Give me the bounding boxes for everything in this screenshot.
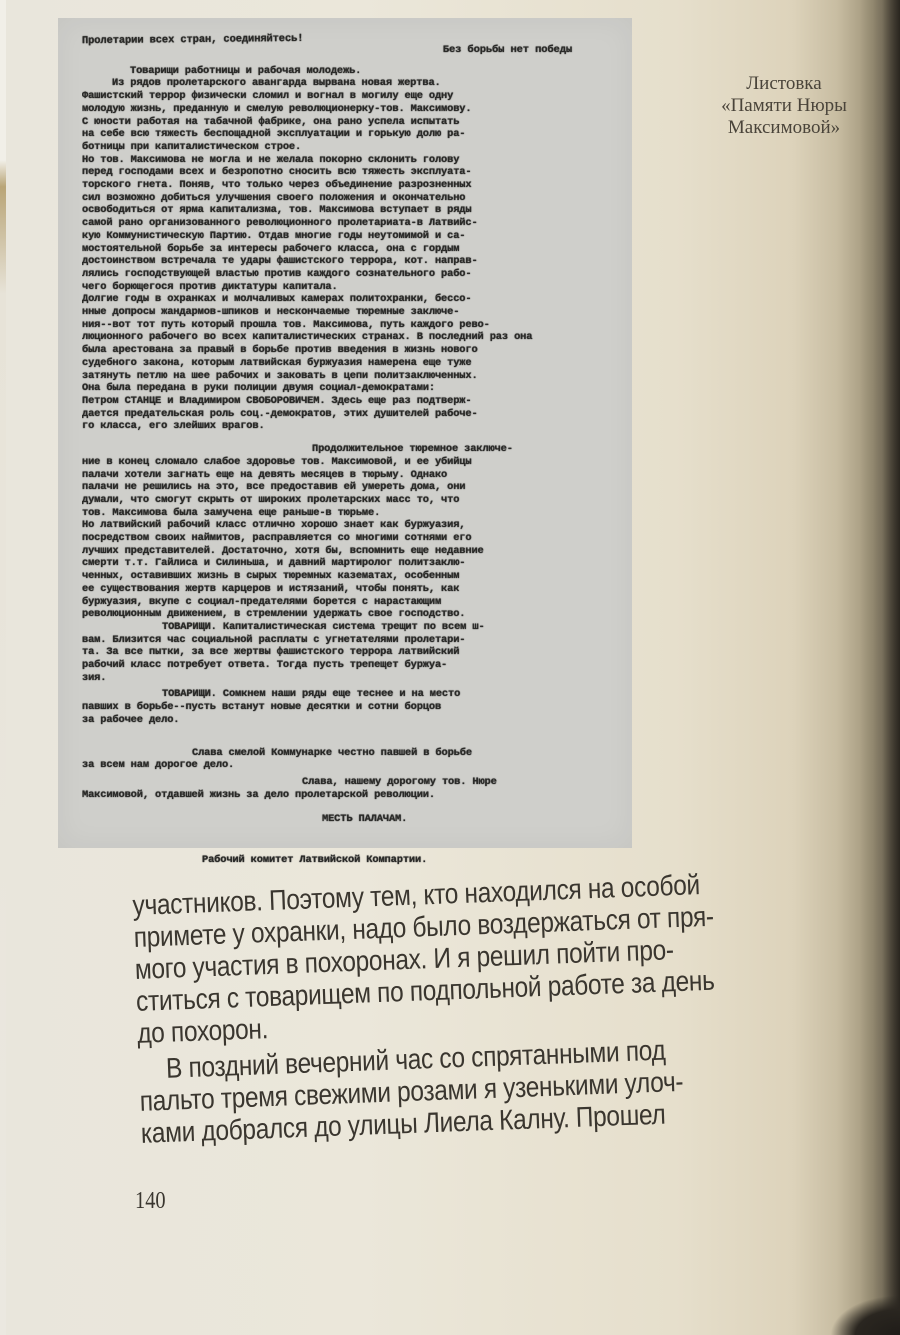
leaflet-line: сил возможно добиться улучшения своего п…	[82, 192, 612, 205]
book-page: Пролетарии всех стран, соединяйтесь! Без…	[0, 0, 900, 1335]
leaflet-comrades-line: зия.	[82, 672, 612, 685]
figure-caption: Листовка «Памяти Нюры Максимовой»	[700, 73, 868, 139]
leaflet-line: на себе всю тяжесть беспощадной эксплуат…	[82, 128, 612, 141]
leaflet-slogan-left: Пролетарии всех стран, соединяйтесь!	[82, 33, 304, 58]
leaflet-line: С юности работая на табачной фабрике, он…	[82, 116, 612, 129]
leaflet-line: судебного закона, которым латвийская бур…	[82, 357, 612, 370]
leaflet-line: нные допросы жандармов-шпиков и несконча…	[82, 306, 612, 319]
leaflet-line: Долгие годы в охранках и молчаливых каме…	[82, 293, 612, 306]
leaflet-line: мостоятельной борьбе за интересы рабочег…	[82, 243, 612, 256]
leaflet-line: Но тов. Максимова не могла и не желала п…	[82, 154, 612, 167]
leaflet-slogan-right: Без борьбы нет победы	[443, 44, 572, 57]
leaflet-line: лялись господствующей властью против каж…	[82, 268, 612, 281]
leaflet-signature: Рабочий комитет Латвийской Компартии.	[82, 854, 612, 867]
leaflet-comrades-line: ТОВАРИЩИ. Капиталистическая система трещ…	[82, 621, 612, 634]
leaflet-header: Пролетарии всех стран, соединяйтесь! Без…	[82, 34, 612, 57]
leaflet-line: Но латвийский рабочий класс отлично хоро…	[82, 519, 612, 532]
leaflet-line: ченных, оставивших жизнь в сырых тюремны…	[82, 570, 612, 583]
book-spine-shadow	[860, 0, 900, 1335]
leaflet-line: Из рядов пролетарского авангарда вырвана…	[82, 77, 612, 90]
leaflet-comrades-line: ТОВАРИЩИ. Сомкнем наши ряды еще теснее и…	[82, 688, 612, 701]
body-text: участников. Поэтому тем, кто находился н…	[132, 863, 881, 1150]
leaflet-greeting: Товарищи работницы и рабочая молодежь.	[82, 65, 612, 78]
leaflet-line: была арестована за правый в борьбе проти…	[82, 344, 612, 357]
leaflet-line: буржуазия, вкупе с социал-предателями бо…	[82, 596, 612, 609]
leaflet-line: чего борющегося против диктатуры капитал…	[82, 281, 612, 294]
leaflet-line: ботницы при капиталистическом строе.	[82, 141, 612, 154]
leaflet-line: смерти т.т. Гайлиса и Силиньша, и давний…	[82, 557, 612, 570]
leaflet-comrades-line: та. За все пытки, за все жертвы фашистск…	[82, 646, 612, 659]
leaflet-line: Она была передана в руки полиции двумя с…	[82, 382, 612, 395]
leaflet-comrades-line: за рабочее дело.	[82, 714, 612, 727]
leaflet-line: торского гнета. Поняв, что только через …	[82, 179, 612, 192]
leaflet-line: кую Коммунистическую Партию. Отдав многи…	[82, 230, 612, 243]
leaflet-revenge: МЕСТЬ ПАЛАЧАМ.	[82, 813, 612, 826]
leaflet-line: Продолжительное тюремное заключе-	[82, 443, 612, 456]
caption-line: Листовка	[700, 73, 868, 95]
leaflet-line: ния--вот тот путь который прошла тов. Ма…	[82, 319, 612, 332]
leaflet-line: посредством своих наймитов, расправляетс…	[82, 532, 612, 545]
leaflet-glory-line: за всем нам дорогое дело.	[82, 759, 612, 772]
leaflet-line: го класса, его злейших врагов.	[82, 420, 612, 433]
leaflet-line: освободиться от ярма капитализма, тов. М…	[82, 204, 612, 217]
caption-line: Максимовой»	[700, 117, 868, 139]
leaflet-line: революционным движением, в стремлении уд…	[82, 608, 612, 621]
leaflet-line: затянуть петлю на шее рабочих и заковать…	[82, 370, 612, 383]
leaflet-line: тов. Максимова была замучена еще раньше-…	[82, 507, 612, 520]
leaflet-comrades-line: рабочий класс потребует ответа. Тогда пу…	[82, 659, 612, 672]
leaflet-line: Фашистский террор физически сломил и вог…	[82, 90, 612, 103]
leaflet-line: ние в конец сломало слабое здоровье тов.…	[82, 456, 612, 469]
page-left-edge	[0, 0, 6, 1335]
leaflet-glory-line: Максимовой, отдавшей жизнь за дело проле…	[82, 789, 612, 802]
leaflet-line: думали, что смогут скрыть от широких про…	[82, 494, 612, 507]
leaflet-line: молодую жизнь, преданную и смелую револю…	[82, 103, 612, 116]
leaflet-line: люционного рабочего во всех капиталистич…	[82, 331, 612, 344]
leaflet-comrades-line: вам. Близится час социальной расплаты с …	[82, 634, 612, 647]
leaflet-glory-line: Слава смелой Коммунарке честно павшей в …	[82, 747, 612, 760]
leaflet-line: палачи не решились на это, все предостав…	[82, 481, 612, 494]
leaflet-facsimile: Пролетарии всех стран, соединяйтесь! Без…	[58, 18, 632, 848]
page-number: 140	[135, 1188, 166, 1215]
leaflet-line: Петром СТАНЦЕ и Владимиром СВОБОРОВИЧЕМ.…	[82, 395, 612, 408]
leaflet-line: перед господами всех и безропотно сносит…	[82, 166, 612, 179]
leaflet-line: достоинством встречала те удары фашистск…	[82, 255, 612, 268]
leaflet-line: ее существования жертв карцеров и истяза…	[82, 583, 612, 596]
leaflet-line: дается предательская роль соц.-демократо…	[82, 408, 612, 421]
leaflet-line: лучших представителей. Достаточно, хотя …	[82, 545, 612, 558]
caption-line: «Памяти Нюры	[700, 95, 868, 117]
leaflet-comrades-line: павших в борьбе--пусть встанут новые дес…	[82, 701, 612, 714]
leaflet-text: Пролетарии всех стран, соединяйтесь! Без…	[82, 34, 612, 867]
leaflet-line: палачи хотели загнать еще на девять меся…	[82, 469, 612, 482]
leaflet-glory-line: Слава, нашему дорогому тов. Нюре	[82, 776, 612, 789]
leaflet-line: самой рано организованного революционног…	[82, 217, 612, 230]
corner-shadow	[830, 1295, 900, 1335]
